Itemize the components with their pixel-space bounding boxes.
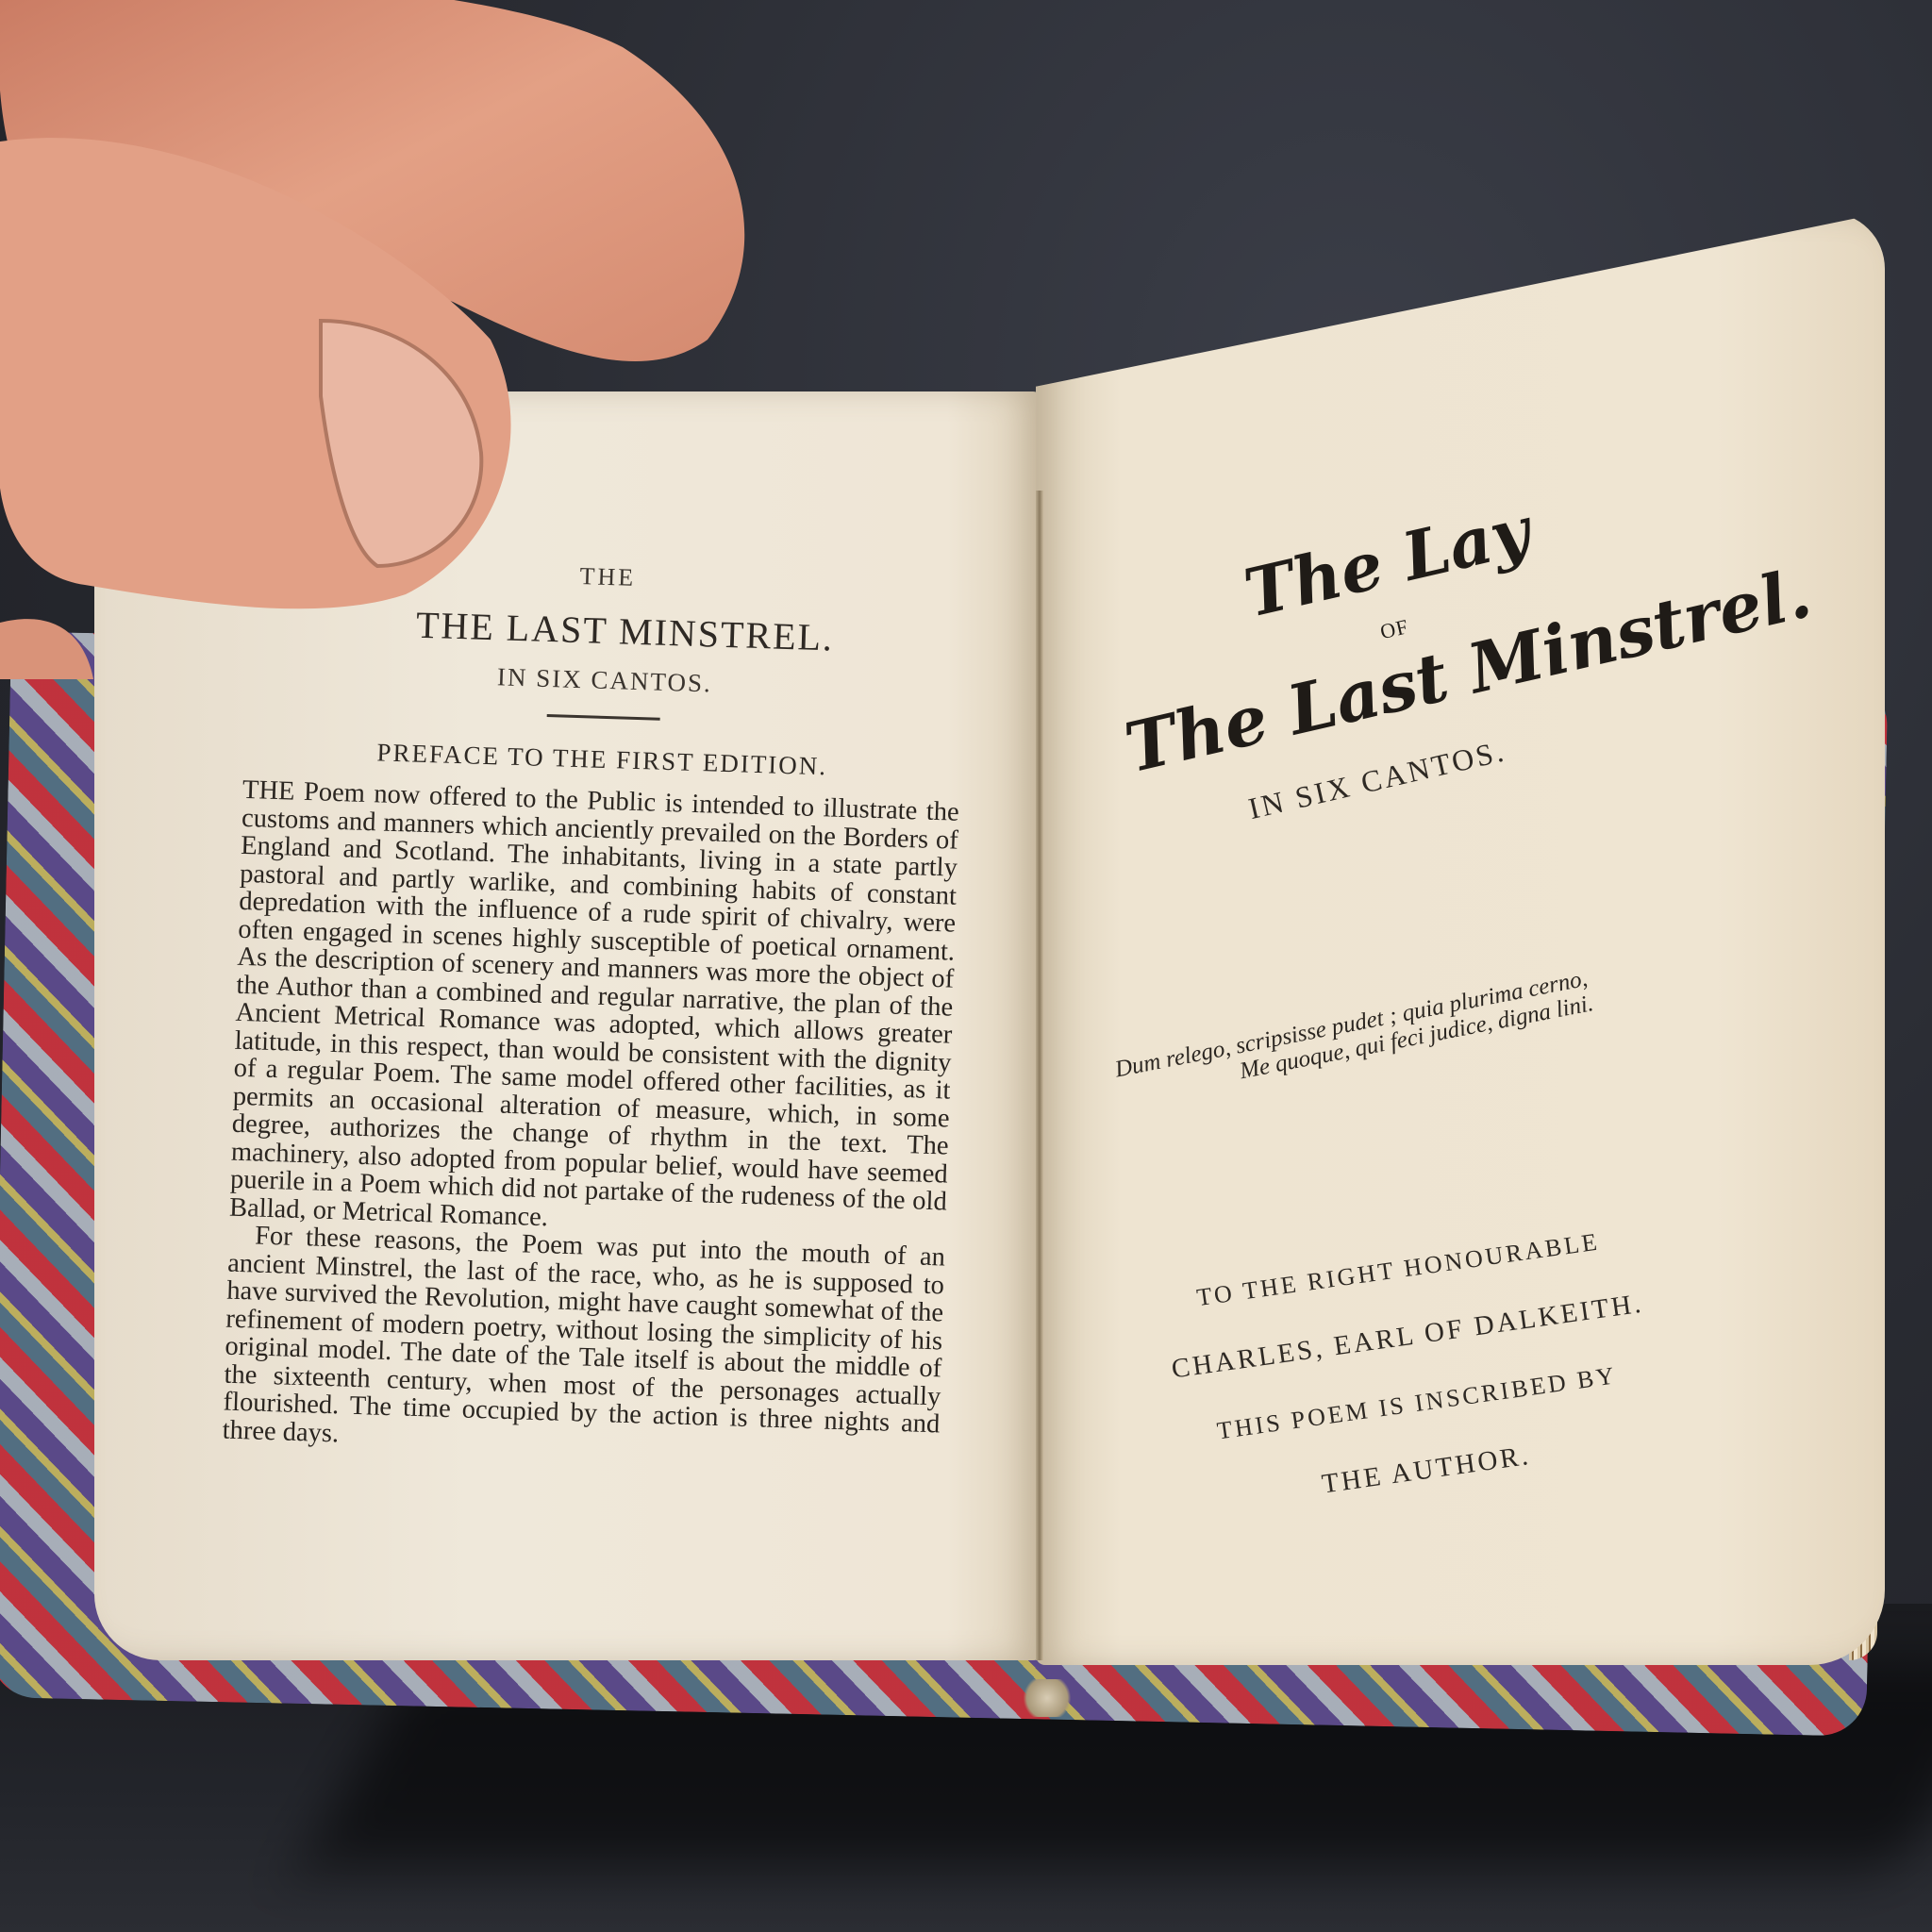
hand-holding-book — [0, 0, 811, 679]
preface-paragraph-2: For these reasons, the Poem was put into… — [222, 1222, 945, 1467]
left-page-text: THE THE LAST MINSTREL. IN SIX CANTOS. PR… — [222, 552, 966, 1466]
book-gutter — [1036, 491, 1043, 1660]
title-of: OF — [1378, 614, 1411, 644]
divider-rule — [547, 714, 660, 721]
preface-paragraph-1: THE Poem now offered to the Public is in… — [229, 776, 959, 1244]
preface-body: THE Poem now offered to the Public is in… — [222, 776, 959, 1467]
headband — [1019, 1679, 1075, 1717]
